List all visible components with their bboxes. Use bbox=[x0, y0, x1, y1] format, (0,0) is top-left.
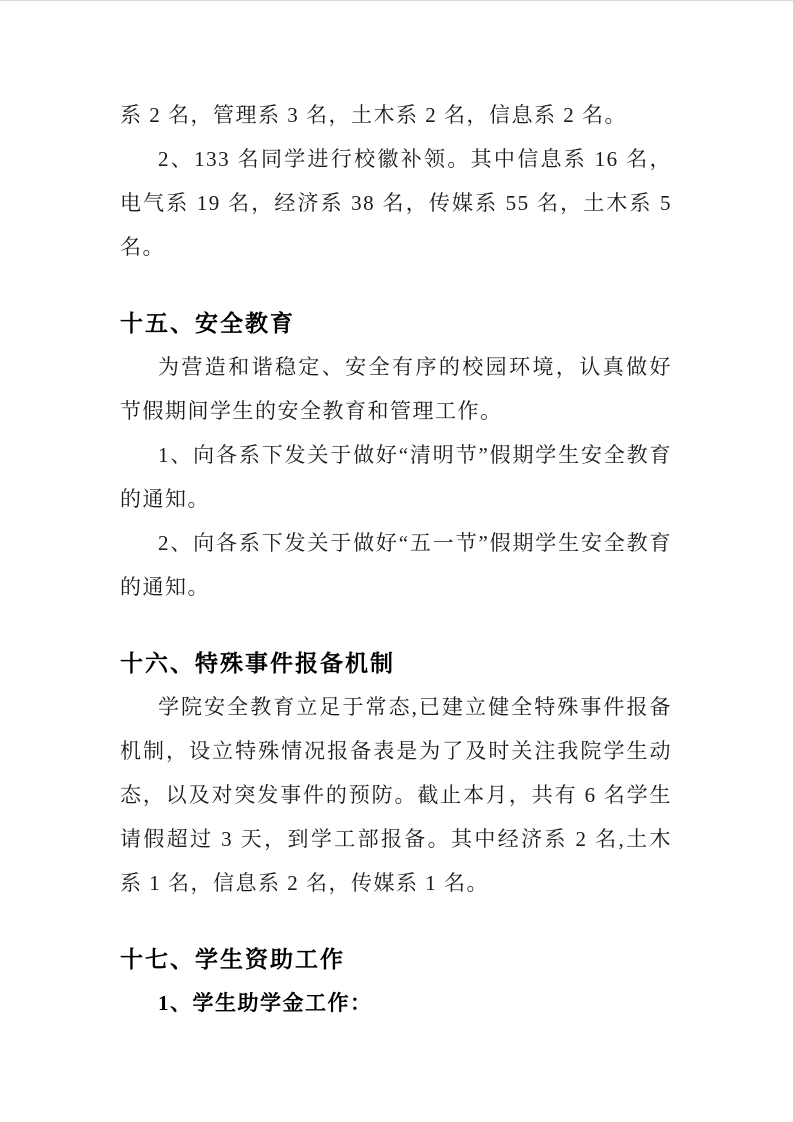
paragraph-continuation: 系 2 名，管理系 3 名，土木系 2 名，信息系 2 名。 bbox=[120, 93, 672, 137]
section-heading-16-special-event-reporting: 十六、特殊事件报备机制 bbox=[120, 641, 672, 685]
subheading-student-grant-work: 1、学生助学金工作： bbox=[120, 981, 672, 1025]
document-content: 系 2 名，管理系 3 名，土木系 2 名，信息系 2 名。 2、133 名同学… bbox=[120, 93, 672, 1025]
document-page: 系 2 名，管理系 3 名，土木系 2 名，信息系 2 名。 2、133 名同学… bbox=[0, 0, 793, 1122]
paragraph-mayday-notice: 2、向各系下发关于做好“五一节”假期学生安全教育的通知。 bbox=[120, 521, 672, 609]
paragraph-special-event-reporting: 学院安全教育立足于常态,已建立健全特殊事件报备机制，设立特殊情况报备表是为了及时… bbox=[120, 685, 672, 905]
paragraph-safety-intro: 为营造和谐稳定、安全有序的校园环境，认真做好节假期间学生的安全教育和管理工作。 bbox=[120, 345, 672, 433]
paragraph-qingming-notice: 1、向各系下发关于做好“清明节”假期学生安全教育的通知。 bbox=[120, 433, 672, 521]
paragraph-badge-reissue: 2、133 名同学进行校徽补领。其中信息系 16 名，电气系 19 名，经济系 … bbox=[120, 137, 672, 269]
section-heading-17-student-financial-aid: 十七、学生资助工作 bbox=[120, 937, 672, 981]
section-heading-15-safety-education: 十五、安全教育 bbox=[120, 301, 672, 345]
